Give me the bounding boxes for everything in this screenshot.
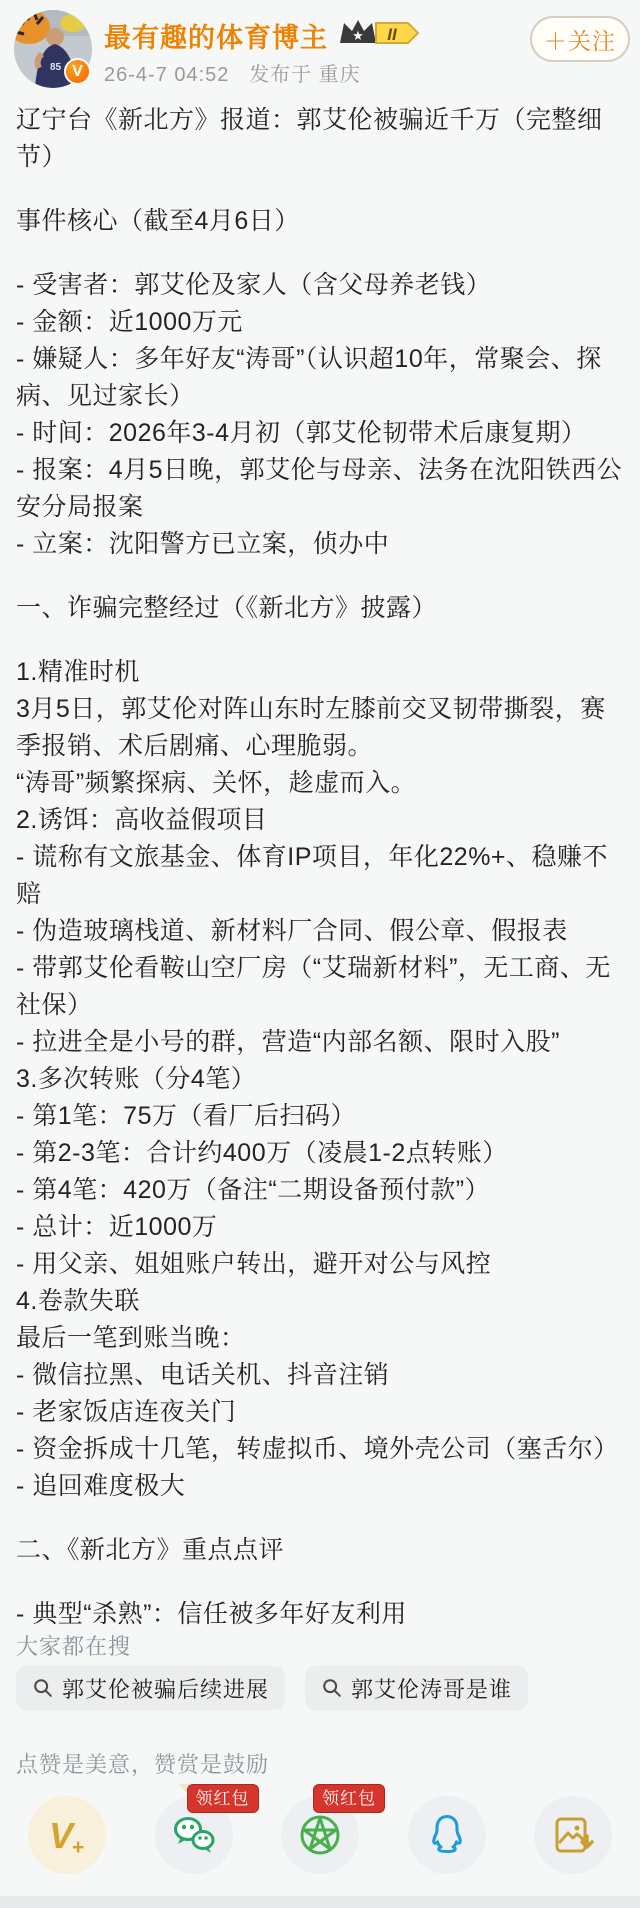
post-paragraph: 3.多次转账（分4笔） xyxy=(16,1061,626,1098)
paragraph-gap xyxy=(16,627,626,654)
post-paragraph: 3月5日，郭艾伦对阵山东时左膝前交叉韧带撕裂，赛季报销、术后剧痛、心理脆弱。 xyxy=(16,691,626,765)
bottom-strip xyxy=(0,1896,640,1908)
wechat-share-icon xyxy=(170,1811,218,1859)
post-paragraph: 1.精准时机 xyxy=(16,654,626,691)
post-paragraph: - 时间：2026年3-4月初（郭艾伦韧带术后康复期） xyxy=(16,415,626,452)
follow-button[interactable]: ＋关注 xyxy=(530,16,630,62)
post-meta: 26-4-7 04:52 发布于 重庆 xyxy=(104,58,361,87)
post-paragraph: - 报案：4月5日晚，郭艾伦与母亲、法务在沈阳铁西公安分局报案 xyxy=(16,452,626,526)
post-paragraph: - 资金拆成十几笔，转虚拟币、境外壳公司（塞舌尔） xyxy=(16,1431,626,1468)
share-row: V + 领红包 领红包 xyxy=(0,1796,640,1874)
post-paragraph: - 第1笔：75万（看厂后扫码） xyxy=(16,1098,626,1135)
post-paragraph: - 老家饭店连夜关门 xyxy=(16,1394,626,1431)
post-paragraph: - 受害者：郭艾伦及家人（含父母养老钱） xyxy=(16,267,626,304)
tip-text: 点赞是美意，赞赏是鼓励 xyxy=(16,1748,269,1779)
post-paragraph: - 金额：近1000万元 xyxy=(16,304,626,341)
verified-badge: V xyxy=(64,58,91,85)
post-paragraph: - 总计：近1000万 xyxy=(16,1209,626,1246)
post-body: 辽宁台《新北方》报道：郭艾伦被骗近千万（完整细节）事件核心（截至4月6日）- 受… xyxy=(16,102,626,1626)
post-paragraph: - 伪造玻璃栈道、新材料厂合同、假公章、假报表 xyxy=(16,913,626,950)
paragraph-gap xyxy=(16,176,626,203)
share-item-wechat[interactable]: 领红包 xyxy=(155,1796,233,1874)
post-paragraph: 2.诱饵：高收益假项目 xyxy=(16,802,626,839)
red-packet-badge: 领红包 xyxy=(313,1784,385,1813)
post-paragraph: “涛哥”频繁探病、关怀，趁虚而入。 xyxy=(16,765,626,802)
username[interactable]: 最有趣的体育博主 xyxy=(104,16,328,55)
post-paragraph: - 微信拉黑、电话关机、抖音注销 xyxy=(16,1357,626,1394)
svg-text:+: + xyxy=(72,1836,84,1859)
post-paragraph: 最后一笔到账当晚： xyxy=(16,1320,626,1357)
post-paragraph: - 谎称有文旅基金、体育IP项目，年化22%+、稳赚不赔 xyxy=(16,839,626,913)
post-paragraph: - 立案：沈阳警方已立案，侦办中 xyxy=(16,526,626,563)
trending-label: 大家都在搜 xyxy=(16,1630,131,1661)
search-icon xyxy=(321,1677,343,1699)
share-item-save-image[interactable] xyxy=(534,1796,612,1874)
chip-label: 郭艾伦涛哥是谁 xyxy=(351,1673,512,1704)
share-item-vplus[interactable]: V + xyxy=(28,1796,106,1874)
post-paragraph: - 用父亲、姐姐账户转出，避开对公与风控 xyxy=(16,1246,626,1283)
post-location: 发布于 重庆 xyxy=(249,64,361,86)
red-packet-badge: 领红包 xyxy=(187,1784,259,1813)
trending-chip[interactable]: 郭艾伦被骗后续进展 xyxy=(16,1666,285,1710)
post-paragraph: - 拉进全是小号的群，营造“内部名额、限时入股” xyxy=(16,1024,626,1061)
post-paragraph: 事件核心（截至4月6日） xyxy=(16,203,626,240)
post-paragraph: - 典型“杀熟”：信任被多年好友利用 xyxy=(16,1596,626,1626)
post-paragraph: 辽宁台《新北方》报道：郭艾伦被骗近千万（完整细节） xyxy=(16,102,626,176)
post-paragraph: - 嫌疑人：多年好友“涛哥”（认识超10年，常聚会、探病、见过家长） xyxy=(16,341,626,415)
qq-share-icon xyxy=(423,1811,471,1859)
svg-text:85: 85 xyxy=(50,62,62,73)
paragraph-gap xyxy=(16,563,626,590)
post-paragraph: - 带郭艾伦看鞍山空厂房（“艾瑞新材料”，无工商、无社保） xyxy=(16,950,626,1024)
weibo-post-page: 85 V 最有趣的体育博主 ★ II 26-4-7 04:52 发布于 重庆 ＋… xyxy=(0,0,640,1908)
chip-label: 郭艾伦被骗后续进展 xyxy=(62,1673,269,1704)
share-item-qq[interactable] xyxy=(408,1796,486,1874)
post-paragraph: 二、《新北方》重点点评 xyxy=(16,1532,626,1569)
trending-chips: 郭艾伦被骗后续进展郭艾伦涛哥是谁 xyxy=(16,1666,528,1710)
crown-level-icon: ★ II xyxy=(336,17,420,54)
paragraph-gap xyxy=(16,240,626,267)
paragraph-gap xyxy=(16,1569,626,1596)
search-icon xyxy=(32,1677,54,1699)
post-header: 85 V 最有趣的体育博主 ★ II 26-4-7 04:52 发布于 重庆 ＋… xyxy=(0,0,640,102)
vplus-share-icon: V + xyxy=(43,1811,91,1859)
moments-share-icon xyxy=(296,1811,344,1859)
timestamp: 26-4-7 04:52 xyxy=(104,64,229,86)
post-paragraph: - 第4笔：420万（备注“二期设备预付款”） xyxy=(16,1172,626,1209)
paragraph-gap xyxy=(16,1505,626,1532)
share-item-moments[interactable]: 领红包 xyxy=(281,1796,359,1874)
save-image-icon xyxy=(549,1811,597,1859)
level-text: II xyxy=(387,25,398,44)
svg-text:★: ★ xyxy=(352,28,364,43)
trending-chip[interactable]: 郭艾伦涛哥是谁 xyxy=(305,1666,528,1710)
post-paragraph: 一、诈骗完整经过（《新北方》披露） xyxy=(16,590,626,627)
post-paragraph: 4.卷款失联 xyxy=(16,1283,626,1320)
post-paragraph: - 追回难度极大 xyxy=(16,1468,626,1505)
post-paragraph: - 第2-3笔：合计约400万（凌晨1-2点转账） xyxy=(16,1135,626,1172)
